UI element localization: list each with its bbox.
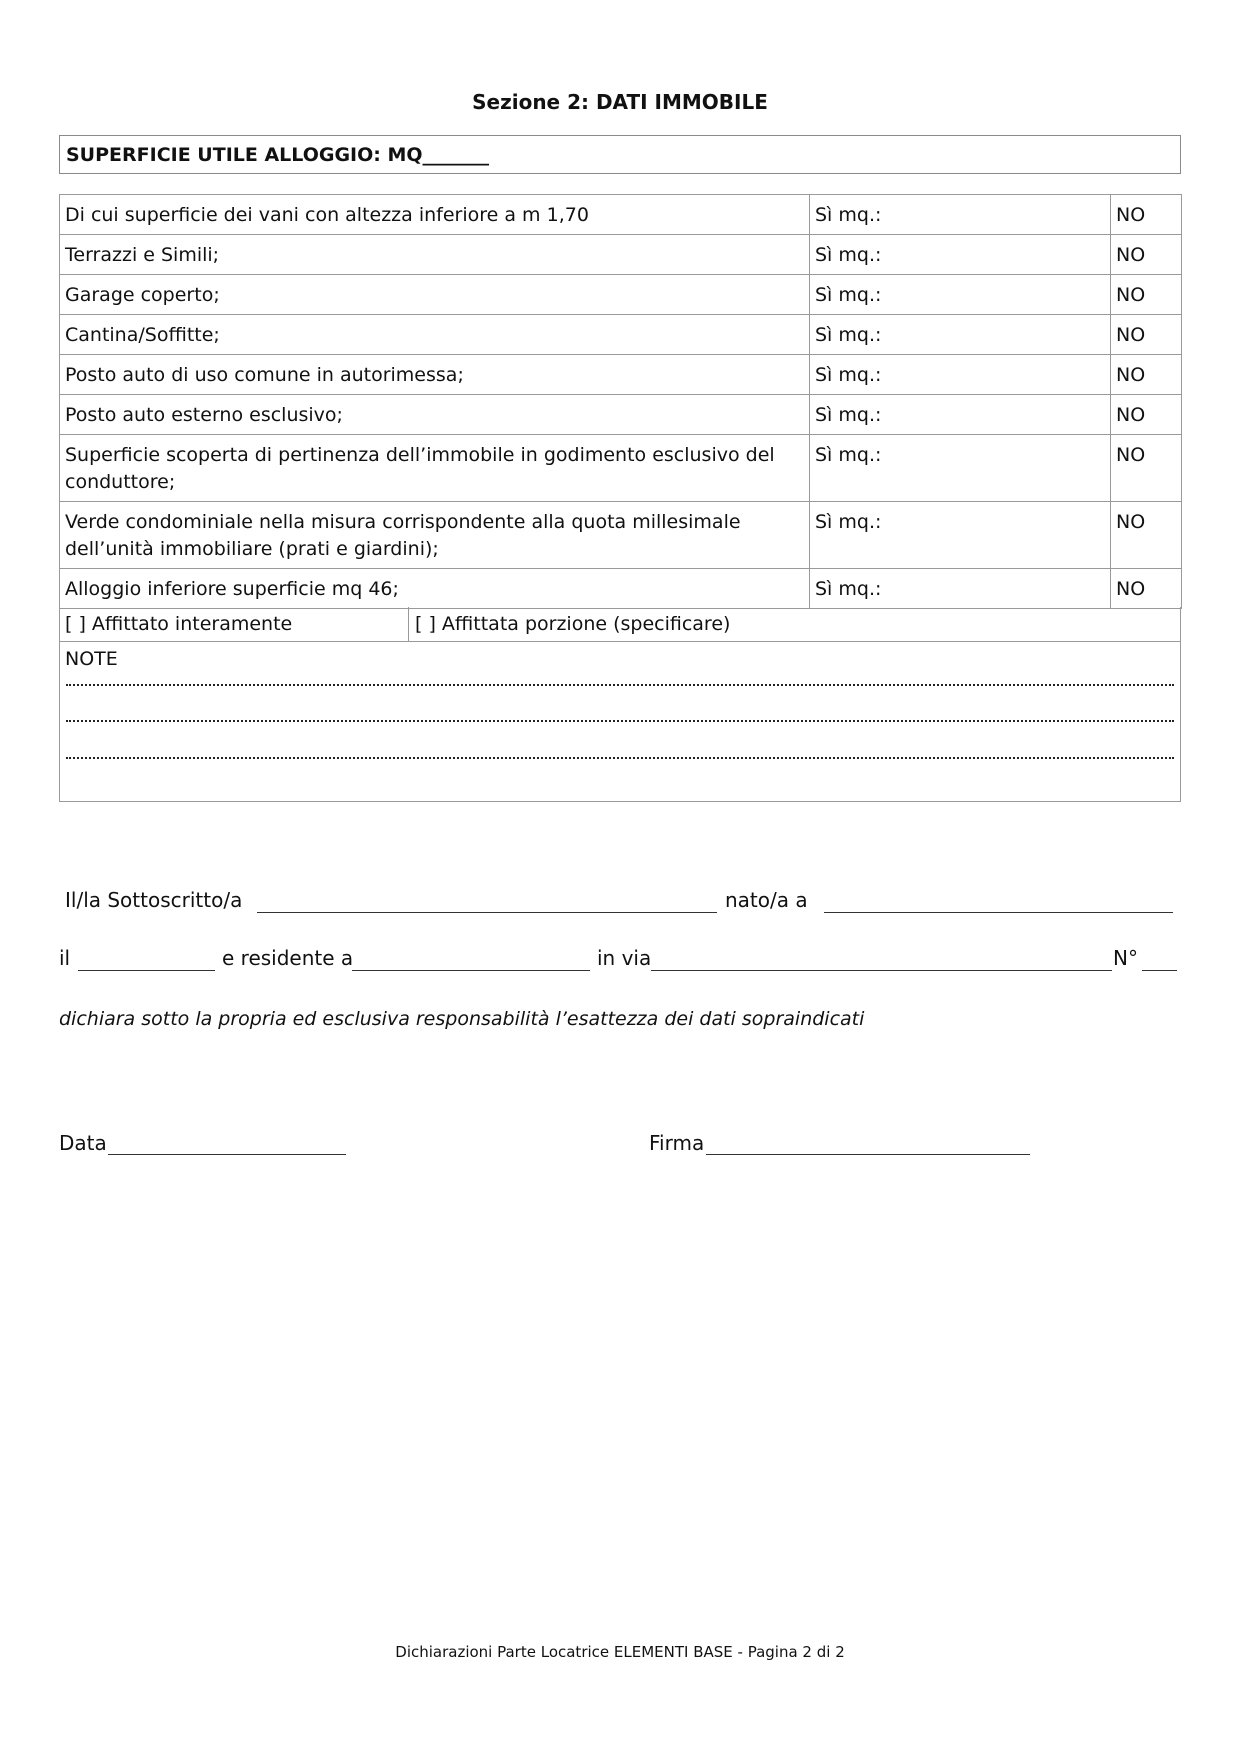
date-label: Data [59,1131,107,1155]
no-option[interactable]: NO [1111,275,1182,315]
birth-date-field[interactable] [78,970,215,971]
yes-mq-field[interactable]: Sì mq.: [810,355,1111,395]
divider [408,607,409,641]
surface-area-label: SUPERFICIE UTILE ALLOGGIO: MQ_______ [66,144,489,166]
table-row: Terrazzi e Simili;Sì mq.:NO [60,235,1182,275]
section-title: Sezione 2: DATI IMMOBILE [0,90,1240,114]
street-number-label: N° [1113,946,1138,970]
no-option[interactable]: NO [1111,395,1182,435]
rented-partially-checkbox[interactable]: [ ] Affittata porzione (specificare) [415,613,730,635]
undersigned-name-field[interactable] [257,912,717,913]
yes-mq-field[interactable]: Sì mq.: [810,235,1111,275]
yes-mq-field[interactable]: Sì mq.: [810,395,1111,435]
no-option[interactable]: NO [1111,235,1182,275]
table-row: Verde condominiale nella misura corrispo… [60,502,1182,569]
row-label: Di cui superficie dei vani con altezza i… [60,195,810,235]
row-label: Superficie scoperta di pertinenza dell’i… [60,435,810,502]
row-label: Terrazzi e Simili; [60,235,810,275]
row-label: Posto auto esterno esclusivo; [60,395,810,435]
signature-field[interactable] [706,1154,1030,1155]
yes-mq-field[interactable]: Sì mq.: [810,315,1111,355]
table-row: Alloggio inferiore superficie mq 46;Sì m… [60,569,1182,609]
signature-label: Firma [649,1131,704,1155]
table-row: Di cui superficie dei vani con altezza i… [60,195,1182,235]
rented-fully-checkbox[interactable]: [ ] Affittato interamente [65,613,292,635]
table-row: Superficie scoperta di pertinenza dell’i… [60,435,1182,502]
notes-line[interactable] [66,684,1174,686]
table-row: Cantina/Soffitte;Sì mq.:NO [60,315,1182,355]
no-option[interactable]: NO [1111,502,1182,569]
page-footer: Dichiarazioni Parte Locatrice ELEMENTI B… [0,1643,1240,1661]
no-option[interactable]: NO [1111,195,1182,235]
yes-mq-field[interactable]: Sì mq.: [810,435,1111,502]
notes-label: NOTE [65,648,118,670]
declaration-statement: dichiara sotto la propria ed esclusiva r… [59,1008,864,1030]
undersigned-label: Il/la Sottoscritto/a [65,888,242,912]
yes-mq-field[interactable]: Sì mq.: [810,502,1111,569]
yes-mq-field[interactable]: Sì mq.: [810,569,1111,609]
birthplace-field[interactable] [824,912,1173,913]
birth-date-label: il [59,946,70,970]
no-option[interactable]: NO [1111,315,1182,355]
no-option[interactable]: NO [1111,355,1182,395]
no-option[interactable]: NO [1111,435,1182,502]
no-option[interactable]: NO [1111,569,1182,609]
notes-line[interactable] [66,720,1174,722]
row-label: Garage coperto; [60,275,810,315]
property-details-table: Di cui superficie dei vani con altezza i… [59,194,1182,609]
table-row: Posto auto di uso comune in autorimessa;… [60,355,1182,395]
born-in-label: nato/a a [725,888,808,912]
yes-mq-field[interactable]: Sì mq.: [810,275,1111,315]
table-row: Garage coperto;Sì mq.:NO [60,275,1182,315]
notes-box[interactable]: NOTE [59,642,1181,802]
date-field[interactable] [108,1154,346,1155]
resident-in-label: e residente a [222,946,353,970]
street-number-field[interactable] [1142,970,1177,971]
row-label: Alloggio inferiore superficie mq 46; [60,569,810,609]
row-label: Cantina/Soffitte; [60,315,810,355]
notes-line[interactable] [66,757,1174,759]
street-field[interactable] [651,970,1112,971]
yes-mq-field[interactable]: Sì mq.: [810,195,1111,235]
rental-options-row: [ ] Affittato interamente [ ] Affittata … [59,607,1181,642]
table-row: Posto auto esterno esclusivo;Sì mq.:NO [60,395,1182,435]
row-label: Posto auto di uso comune in autorimessa; [60,355,810,395]
surface-area-field[interactable]: SUPERFICIE UTILE ALLOGGIO: MQ_______ [59,135,1181,174]
street-label: in via [597,946,651,970]
residence-city-field[interactable] [352,970,590,971]
row-label: Verde condominiale nella misura corrispo… [60,502,810,569]
